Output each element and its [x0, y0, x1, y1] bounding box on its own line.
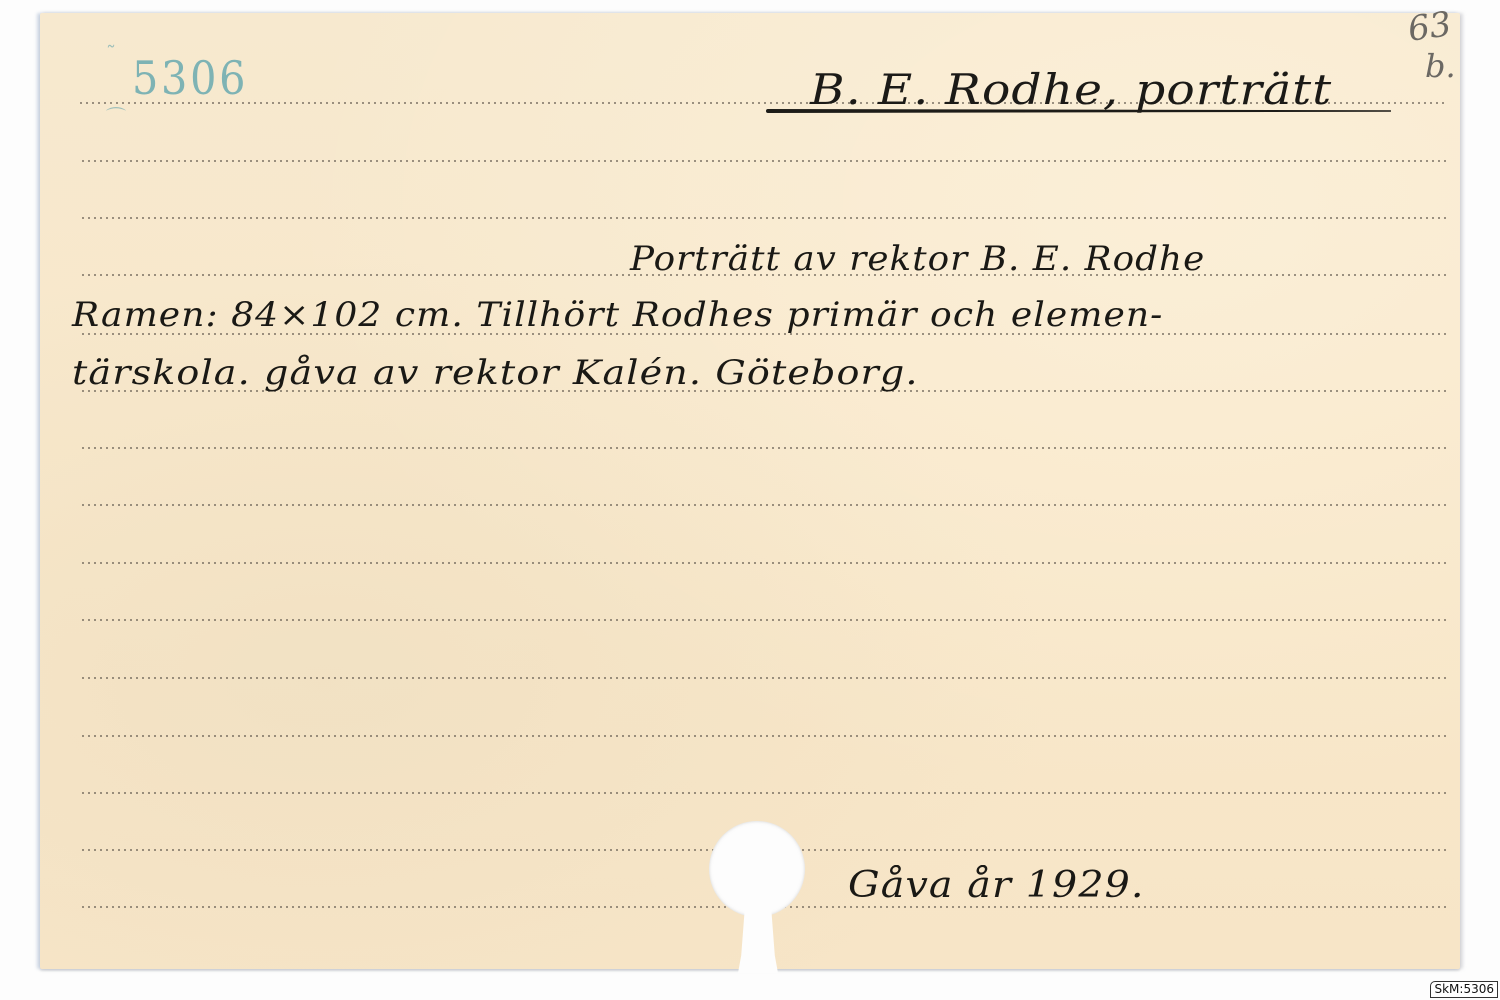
description-line-1: Porträtt av rektor B. E. Rodhe	[630, 239, 1205, 279]
ruled-line	[80, 217, 1447, 219]
ruled-line	[80, 735, 1447, 737]
ruled-line	[80, 504, 1447, 506]
card-title: B. E. Rodhe, porträtt	[810, 65, 1332, 114]
description-line-2: Ramen: 84×102 cm. Tillhört Rodhes primär…	[72, 295, 1163, 335]
card-punch-hole	[709, 821, 805, 917]
ruled-line	[80, 677, 1447, 679]
index-card: ˜ ⌒ 5306 B. E. Rodhe, porträtt 63 b. Por…	[40, 13, 1460, 969]
stamp-mark: ˜	[106, 41, 116, 65]
ruled-line	[80, 619, 1447, 621]
description-line-3: tärskola. gåva av rektor Kalén. Göteborg…	[72, 353, 919, 393]
scanned-catalog-card: ˜ ⌒ 5306 B. E. Rodhe, porträtt 63 b. Por…	[0, 0, 1500, 1000]
ruled-line	[80, 447, 1447, 449]
ruled-line	[80, 160, 1447, 162]
ruled-line	[80, 562, 1447, 564]
accession-number-stamp: 5306	[132, 51, 248, 105]
reference-label: SkM:5306	[1430, 981, 1498, 998]
corner-note-letter: b.	[1425, 47, 1456, 85]
stamp-mark: ⌒	[106, 101, 126, 130]
corner-note-number: 63	[1405, 4, 1453, 50]
gift-year-note: Gåva år 1929.	[848, 865, 1145, 906]
ruled-line	[80, 792, 1447, 794]
